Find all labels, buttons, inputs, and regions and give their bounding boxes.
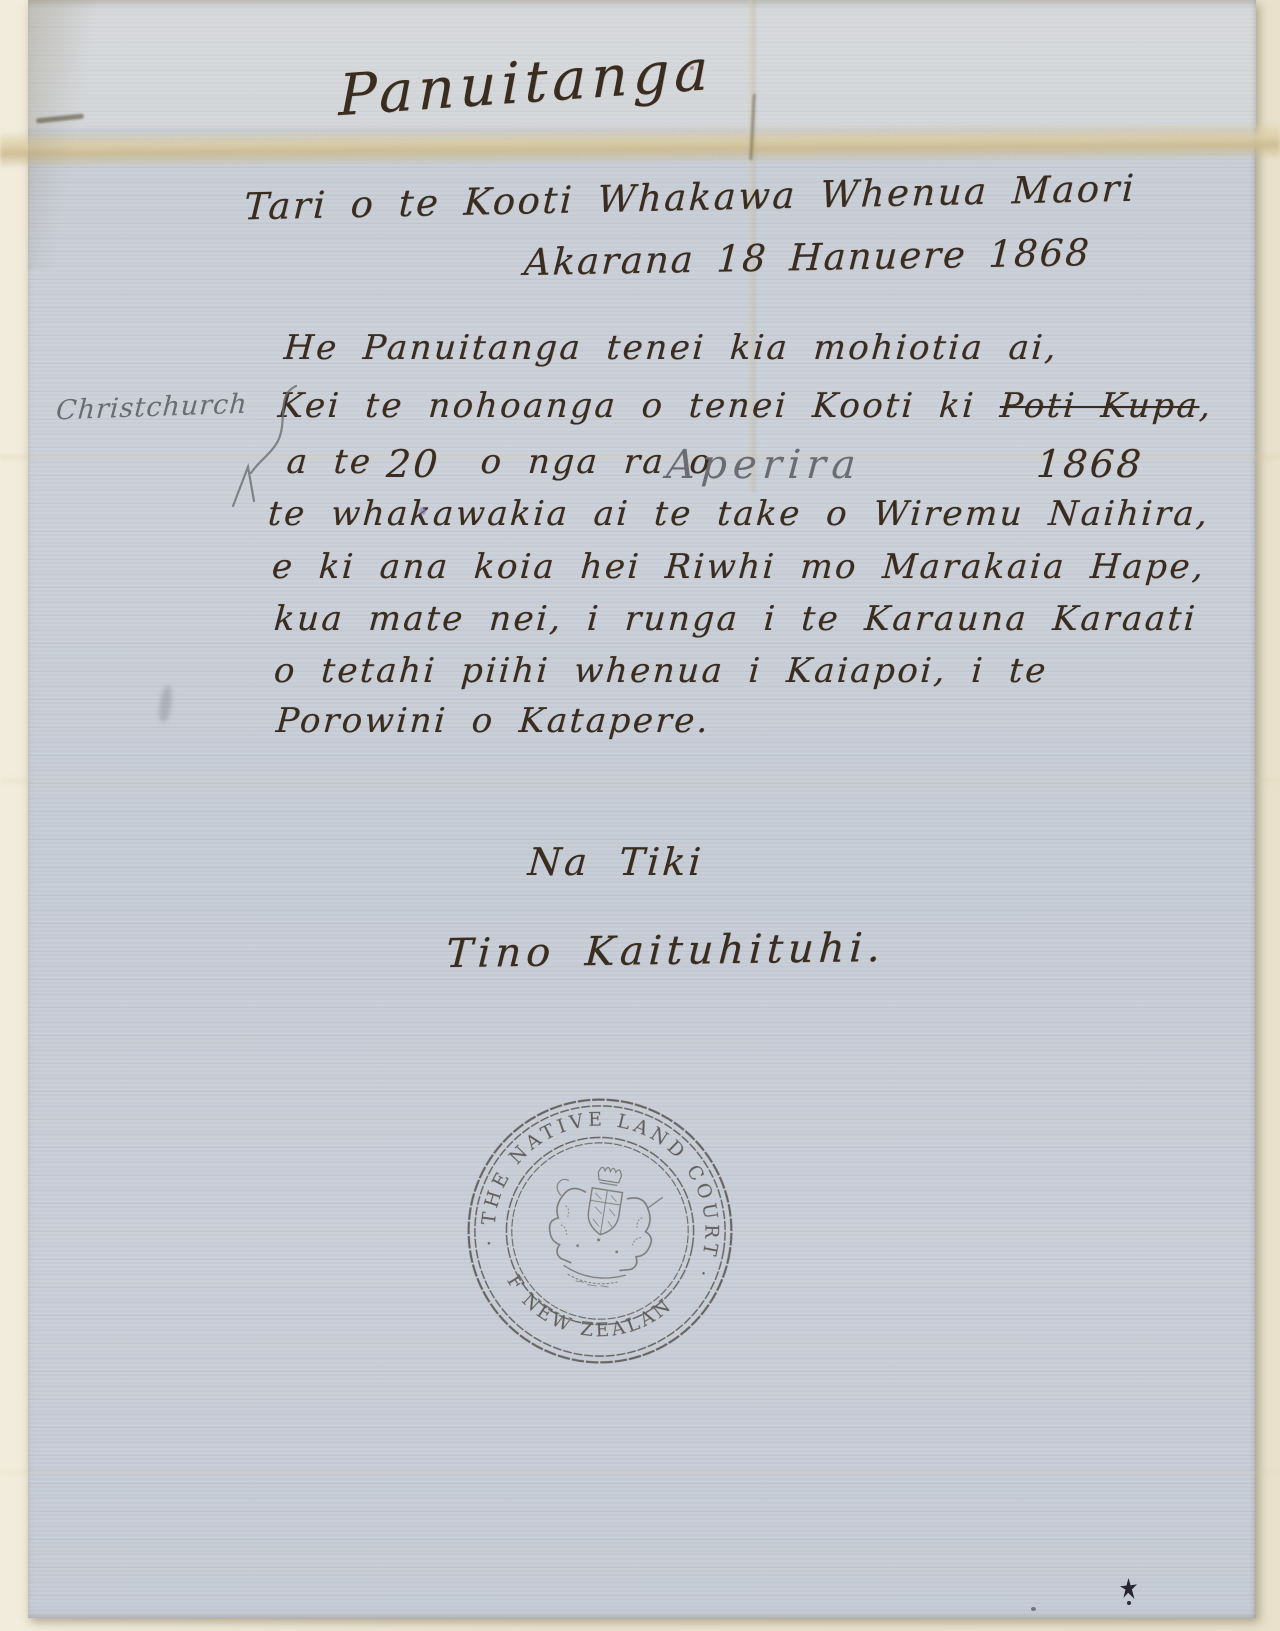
signature-name: Na Tiki — [526, 840, 705, 884]
body-line-6: kua mate nei, i runga i te Karauna Karaa… — [273, 599, 1199, 639]
signature-title: Tino Kaituhituhi. — [445, 925, 887, 977]
body-line-2: Kei te nohoanga o tenei Kooti ki Poti Ku… — [277, 386, 1214, 426]
ink-blot-purple — [419, 507, 426, 515]
court-stamp: · THE NATIVE LAND COURT · OF NEW ZEALAND — [446, 1077, 755, 1386]
body-line-3-year: 1868 — [1035, 442, 1145, 486]
body-line-8: Porowini o Katapere. — [275, 701, 712, 741]
body-line-3-day: 20 — [385, 442, 441, 486]
body-line-3-month-pencil: Aperira — [665, 442, 863, 488]
ink-dot — [1127, 1601, 1131, 1605]
stamp-top-text: · THE NATIVE LAND COURT · — [474, 1091, 741, 1285]
body-line-2-text: Kei te nohoanga o tenei Kooti ki — [277, 386, 1002, 426]
paper-speck — [1031, 1607, 1036, 1611]
body-line-7: o tetahi piihi whenua i Kaiapoi, i te — [273, 651, 1050, 691]
royal-coat-of-arms-icon — [542, 1160, 666, 1294]
body-line-3: a te 20 o nga ra o Aperira 1868 — [276, 442, 1180, 502]
body-line-5: e ki ana koia hei Riwhi mo Marakaia Hape… — [271, 547, 1207, 587]
body-line-4: te whakawakia ai te take o Wiremu Naihir… — [267, 494, 1211, 534]
scanned-document-page: Panuitanga Tari o te Kooti Whakawa Whenu… — [0, 0, 1280, 1631]
struck-out-place-name: Poti Kupa — [999, 386, 1201, 426]
paper-speck-top — [690, 66, 694, 70]
body-line-3-a-te: a te — [285, 442, 374, 482]
body-line-2-comma: , — [1198, 386, 1214, 426]
body-line-1: He Panuitanga tenei kia mohiotia ai, — [283, 328, 1060, 368]
